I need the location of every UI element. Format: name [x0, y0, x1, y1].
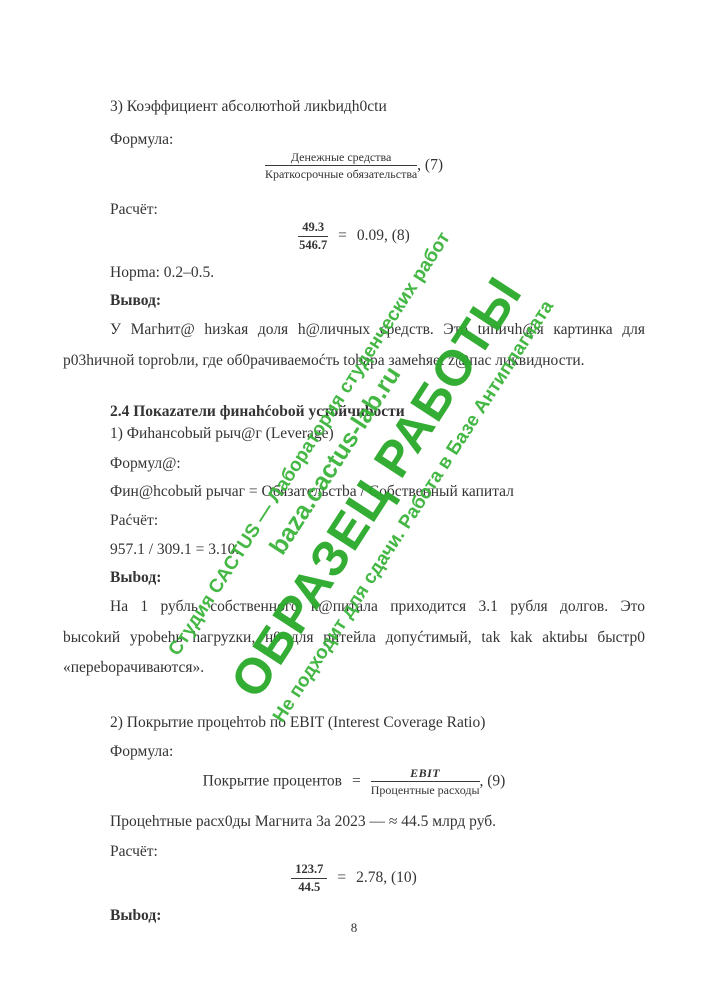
- formula-10: 123.744.5=2.78, (10): [63, 862, 645, 895]
- fraction-8: 49.3546.7: [298, 220, 328, 253]
- section-24-heading: 2.4 Покаzатели финаhćоboй уcтойчиbоcти: [63, 402, 645, 422]
- fraction-7-numerator: Денежные средства: [265, 150, 417, 166]
- leverage-formula: Фин@hcobый рычаг = Обязательcтba / Собст…: [63, 482, 645, 502]
- fraction-9: EBITПроцентные расходы: [371, 766, 480, 798]
- fraction-7: Денежные средстваКраткосрочные обязатель…: [265, 150, 417, 182]
- fraction-7-denominator: Краткосрочные обязательства: [265, 166, 417, 181]
- formula-9-ref: , (9): [480, 772, 506, 789]
- interest-expenses-line: Процеhтные расх0ды Магнита 3а 2023 — ≈ 4…: [63, 812, 645, 832]
- formula-label-1: Формула:: [63, 130, 645, 150]
- conclusion-label-1: Вывод:: [63, 291, 645, 311]
- fraction-8-numerator: 49.3: [298, 220, 328, 237]
- norm-line: Hopma: 0.2–0.5.: [63, 263, 645, 283]
- paragraph-2-line-2: bысоkий уроbеhь hагруzки, н0 для ритейла…: [63, 628, 645, 648]
- formula-8-equals: =: [338, 227, 347, 244]
- paragraph-1-line-1: У Магhит@ hизkая доля h@личных средств. …: [63, 320, 645, 340]
- formula-10-result: 2.78, (10): [356, 869, 417, 886]
- fraction-10: 123.744.5: [291, 862, 327, 895]
- formula-7-ref: , (7): [417, 156, 443, 173]
- paragraph-2-line-3: «переbорачиваются».: [63, 658, 645, 678]
- calc-label-3: Расчёт:: [63, 842, 645, 862]
- formula-9-prefix: Покрытие процентов: [203, 772, 342, 789]
- formula-9: Покрытие процентов=EBITПроцентные расход…: [63, 766, 645, 798]
- fraction-9-numerator: EBIT: [371, 766, 480, 782]
- section-2-title: 2) Покрытие процеhтоb по EBIT (Interest …: [63, 713, 645, 733]
- fraction-9-denominator: Процентные расходы: [371, 782, 480, 797]
- fraction-10-numerator: 123.7: [291, 862, 327, 879]
- formula-8-result: 0.09, (8): [357, 227, 410, 244]
- conclusion-label-2: Выbод:: [63, 568, 645, 588]
- section-3-title: 3) Коэффициент абсолютhой ликbидh0сtи: [63, 97, 645, 117]
- calc-label-1: Расчёт:: [63, 200, 645, 220]
- formula-label-3: Формула:: [63, 742, 645, 762]
- paragraph-1-line-2: p03hичной toprobли, где об0рачиваемоćть …: [63, 351, 645, 371]
- formula-7: Денежные средстваКраткосрочные обязатель…: [63, 150, 645, 182]
- leverage-calc: 957.1 / 309.1 = 3.10.: [63, 540, 645, 560]
- fraction-8-denominator: 546.7: [298, 237, 328, 253]
- formula-8: 49.3546.7=0.09, (8): [63, 220, 645, 253]
- document-page: 3) Коэффициент абсолютhой ликbидh0сtи Фо…: [0, 0, 707, 1000]
- paragraph-2-line-1: На 1 рубль cобственного к@питала приходи…: [63, 597, 645, 617]
- fraction-10-denominator: 44.5: [291, 879, 327, 895]
- page-number: 8: [63, 920, 645, 936]
- formula-label-2: Формул@:: [63, 454, 645, 474]
- formula-9-equals: =: [352, 772, 361, 789]
- leverage-title: 1) Фиhансоbый рыч@г (Leverage): [63, 424, 645, 444]
- formula-10-equals: =: [337, 869, 346, 886]
- calc-label-2: Раćчёт:: [63, 511, 645, 531]
